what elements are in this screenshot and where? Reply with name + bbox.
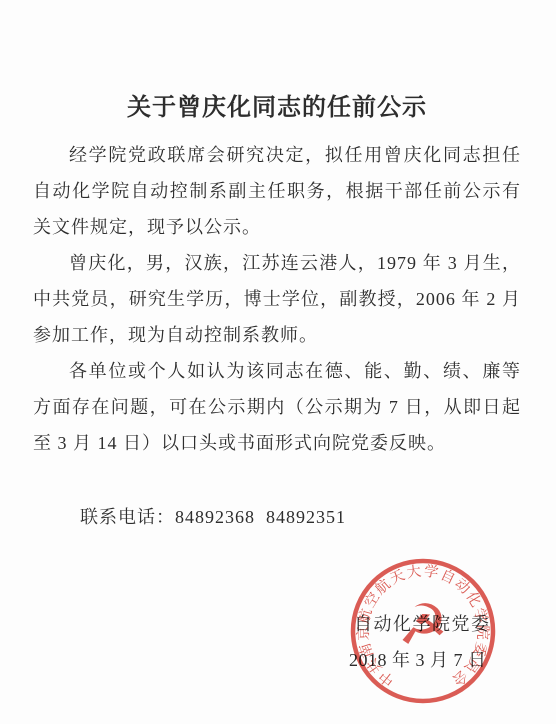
hammer-sickle-icon: ☭ bbox=[398, 593, 448, 658]
paragraph-feedback-period: 各单位或个人如认为该同志在德、能、勤、绩、廉等方面存在问题，可在公示期内（公示期… bbox=[33, 353, 521, 461]
document-body: 经学院党政联席会研究决定，拟任用曾庆化同志担任自动化学院自动控制系副主任职务，根… bbox=[33, 137, 521, 535]
document-page: 关于曾庆化同志的任前公示 经学院党政联席会研究决定，拟任用曾庆化同志担任自动化学… bbox=[0, 0, 556, 724]
document-title: 关于曾庆化同志的任前公示 bbox=[33, 91, 521, 125]
paragraph-decision: 经学院党政联席会研究决定，拟任用曾庆化同志担任自动化学院自动控制系副主任职务，根… bbox=[33, 137, 521, 245]
paragraph-biography: 曾庆化，男，汉族，江苏连云港人，1979 年 3 月生，中共党员，研究生学历，博… bbox=[33, 245, 521, 353]
contact-phone-line: 联系电话：84892368 84892351 bbox=[33, 499, 521, 535]
official-seal: 中共南京航空航天大学自动化学院委员会 ☭ bbox=[348, 556, 498, 706]
